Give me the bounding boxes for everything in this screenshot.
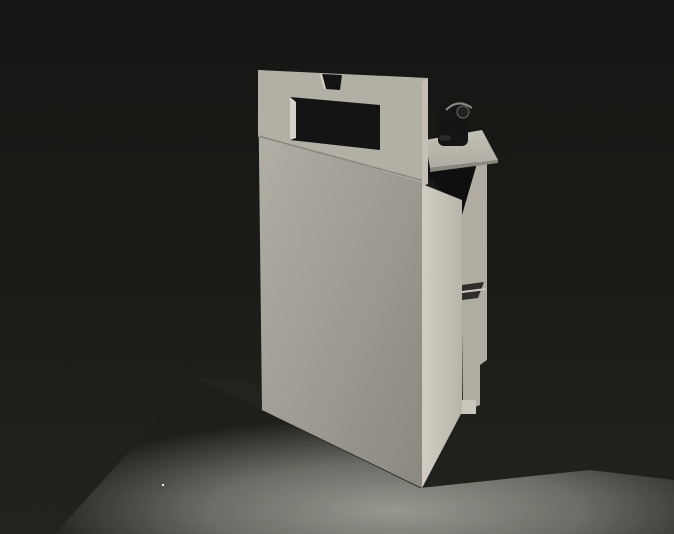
photo-illustration	[0, 0, 674, 534]
speaker-cabinet-photo	[0, 0, 674, 534]
film-grain	[0, 0, 674, 534]
dust-speck	[162, 484, 164, 486]
